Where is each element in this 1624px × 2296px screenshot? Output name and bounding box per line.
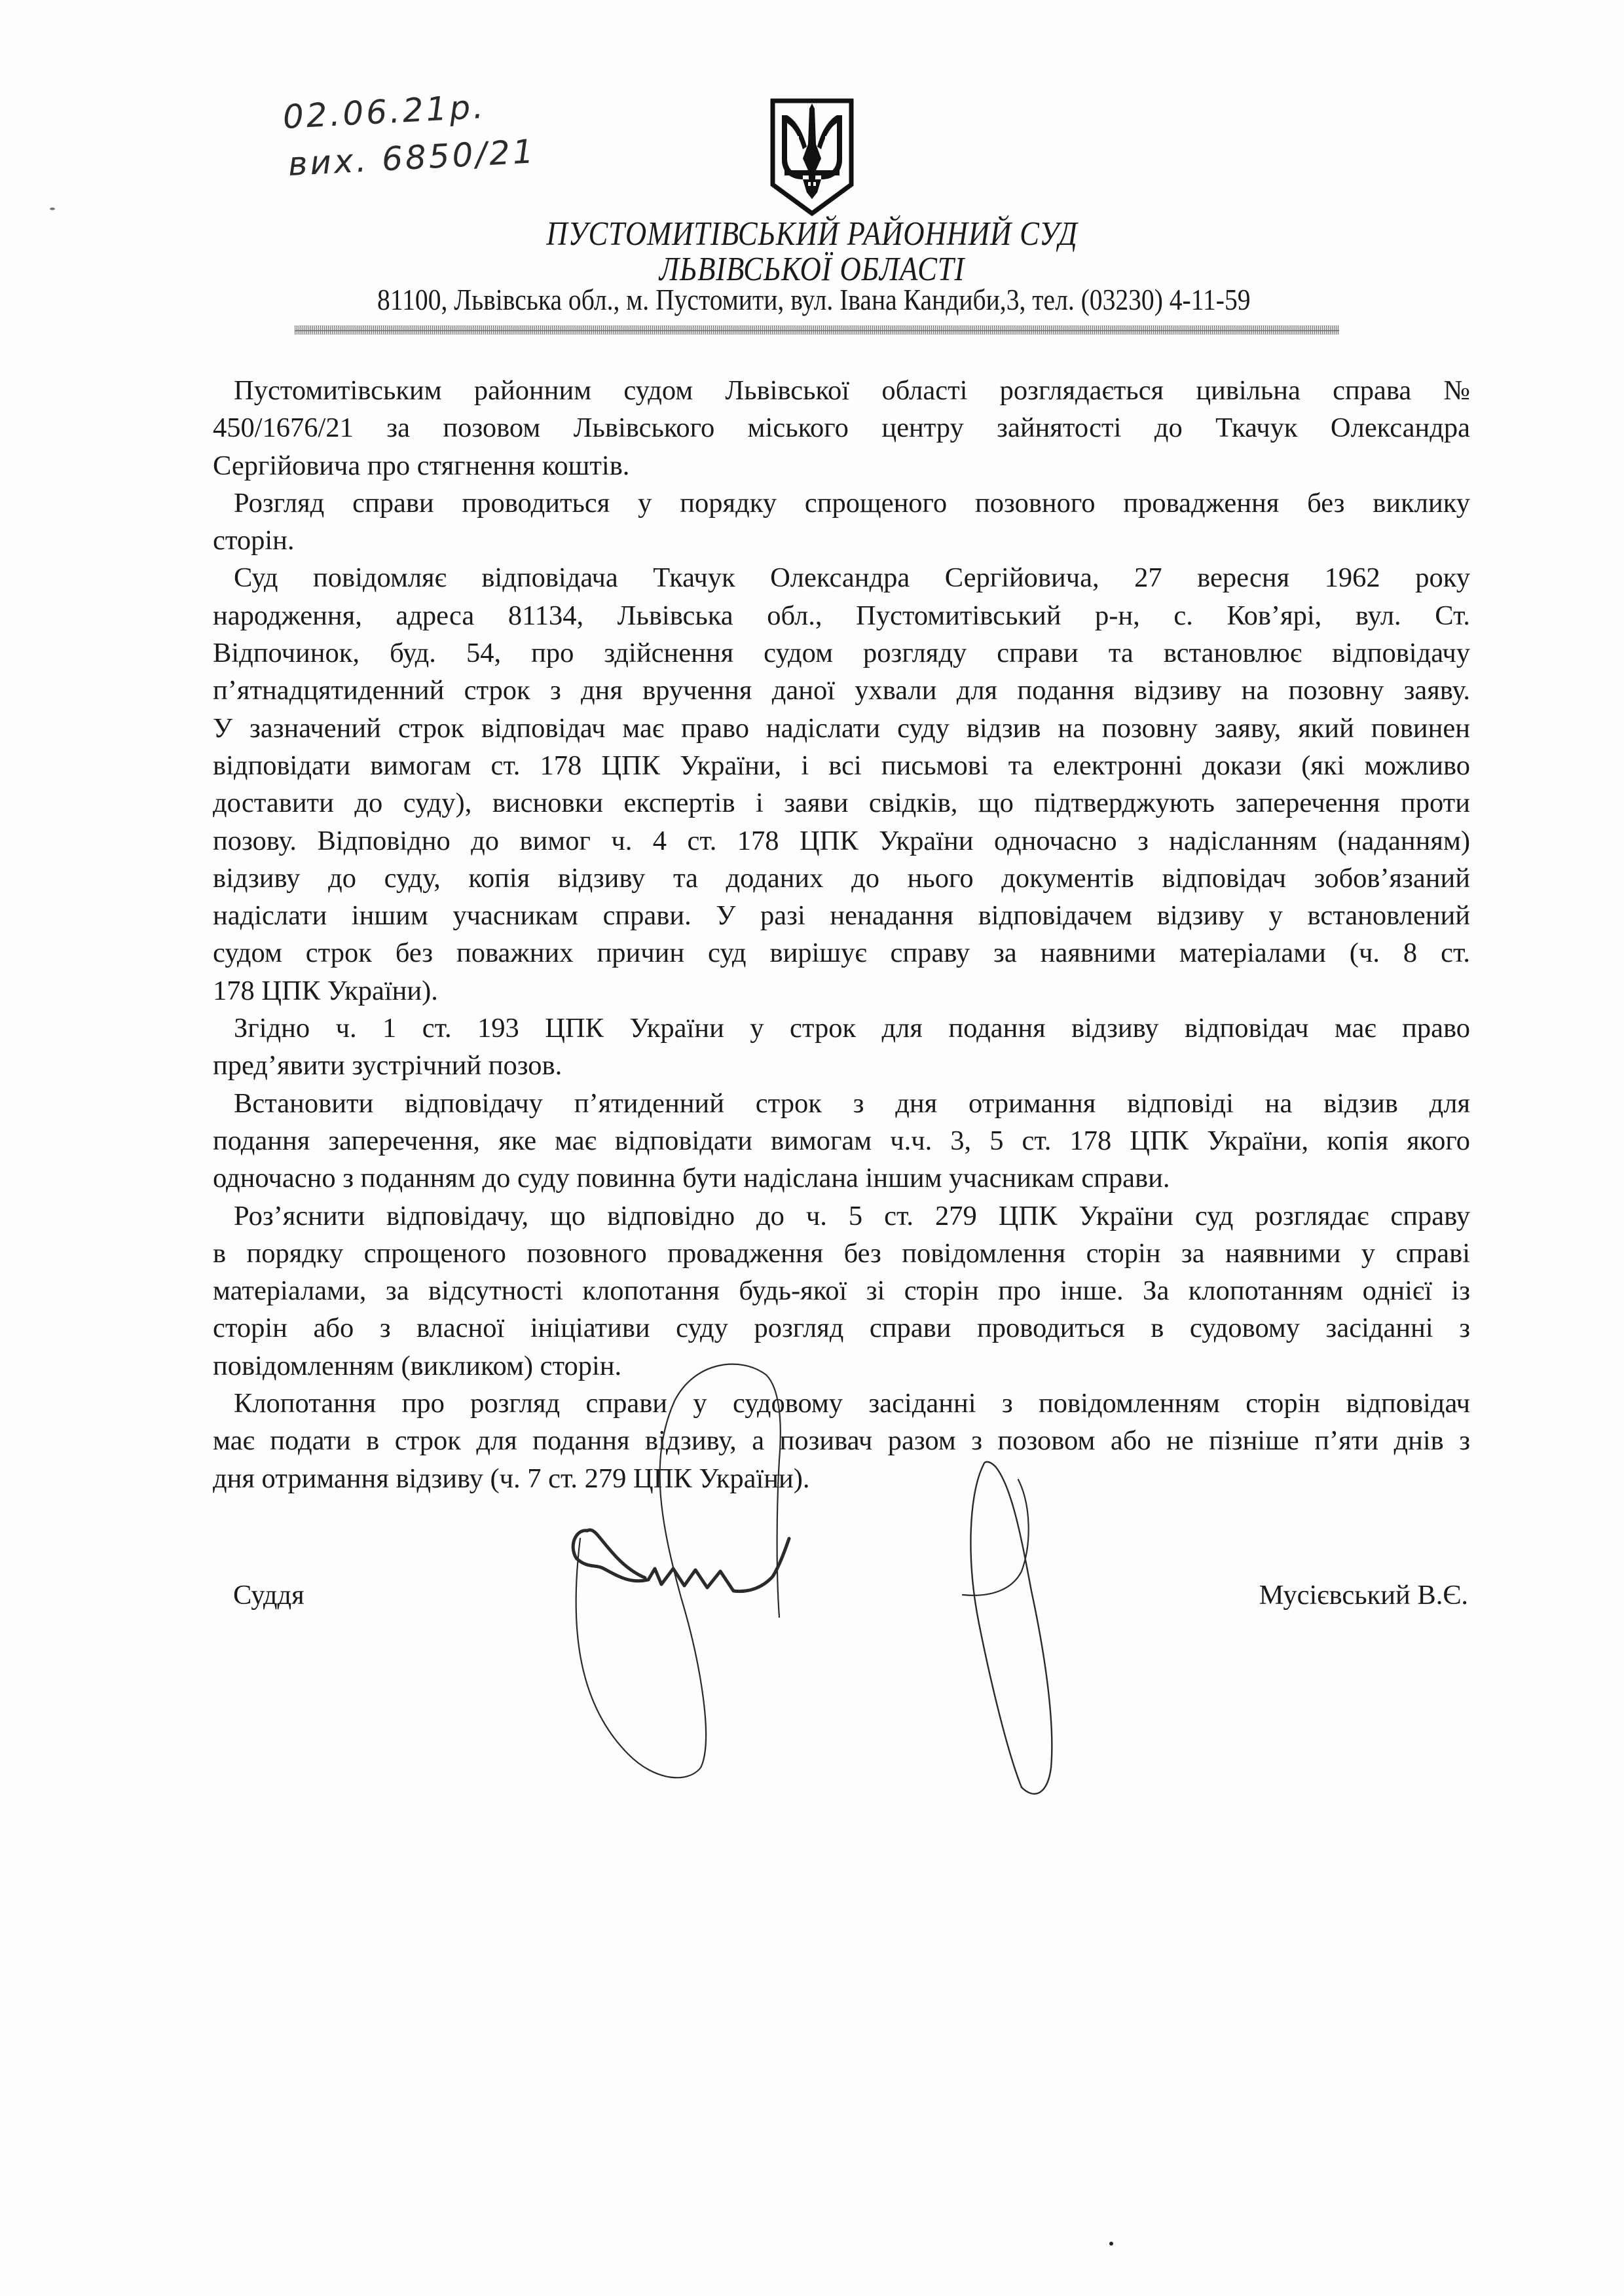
court-name-line1: ПУСТОМИТІВСЬКИЙ РАЙОННИЙ СУД	[114, 216, 1511, 253]
text-line: судом строк без поважних причин суд вирі…	[213, 934, 1470, 972]
text-line: в порядку спрощеного позовного проваджен…	[213, 1235, 1470, 1272]
handwritten-outgoing-number: вих. 6850/21	[287, 132, 537, 183]
text-line: матеріалами, за відсутності клопотання б…	[213, 1272, 1470, 1309]
text-line: п’ятнадцятиденний строк з дня вручення д…	[213, 672, 1470, 709]
text-line: відповідати вимогам ст. 178 ЦПК України,…	[213, 747, 1470, 784]
text-line: подання заперечення, яке має відповідати…	[213, 1122, 1470, 1159]
text-line: 178 ЦПК України).	[213, 972, 1470, 1010]
text-line: одночасно з поданням до суду повинна бут…	[213, 1159, 1470, 1197]
text-line: Відпочинок, буд. 54, про здійснення судо…	[213, 634, 1470, 672]
text-line: Пустомитівським районним судом Львівсько…	[213, 372, 1470, 409]
text-line: повідомленням (викликом) сторін.	[213, 1347, 1470, 1385]
text-line: 450/1676/21 за позовом Львівського міськ…	[213, 409, 1470, 446]
text-line: Суд повідомляє відповідача Ткачук Олекса…	[213, 559, 1470, 596]
scan-speck	[1109, 2242, 1113, 2246]
judge-name: Мусієвський В.Є.	[1259, 1579, 1468, 1611]
text-line: У зазначений строк відповідач має право …	[213, 710, 1470, 747]
text-line: Згідно ч. 1 ст. 193 ЦПК України у строк …	[213, 1010, 1470, 1047]
judge-title: Суддя	[233, 1579, 304, 1611]
text-line: дня отримання відзиву (ч. 7 ст. 279 ЦПК …	[213, 1460, 1470, 1497]
text-line: Сергійовича про стягнення коштів.	[213, 447, 1470, 484]
text-line: сторін або з власної ініціативи суду роз…	[213, 1309, 1470, 1347]
text-line: Встановити відповідачу п’ятиденний строк…	[213, 1085, 1470, 1122]
court-address: 81100, Львівська обл., м. Пустомити, вул…	[115, 283, 1512, 317]
text-line: народження, адреса 81134, Львівська обл.…	[213, 597, 1470, 634]
header-divider-line	[295, 330, 1339, 331]
text-line: доставити до суду), висновки експертів і…	[213, 784, 1470, 822]
ruling-body: Пустомитівським районним судом Львівсько…	[213, 372, 1470, 1497]
text-line: має подати в строк для подання відзиву, …	[213, 1422, 1470, 1459]
text-line: надіслати іншим учасникам справи. У разі…	[213, 897, 1470, 934]
document-page: 02.06.21р. вих. 6850/21 ПУСТОМИТІВСЬКИЙ …	[0, 0, 1624, 2296]
text-line: пред’явити зустрічний позов.	[213, 1047, 1470, 1084]
text-line: Клопотання про розгляд справи у судовому…	[213, 1385, 1470, 1422]
text-line: сторін.	[213, 522, 1470, 559]
scan-speck	[50, 208, 55, 210]
handwritten-date: 02.06.21р.	[282, 88, 487, 136]
text-line: Розгляд справи проводиться у порядку спр…	[213, 484, 1470, 522]
trident-emblem-icon	[770, 98, 854, 216]
text-line: відзиву до суду, копія відзиву та додани…	[213, 860, 1470, 897]
text-line: позову. Відповідно до вимог ч. 4 ст. 178…	[213, 822, 1470, 860]
text-line: Роз’яснити відповідачу, що відповідно до…	[213, 1197, 1470, 1235]
